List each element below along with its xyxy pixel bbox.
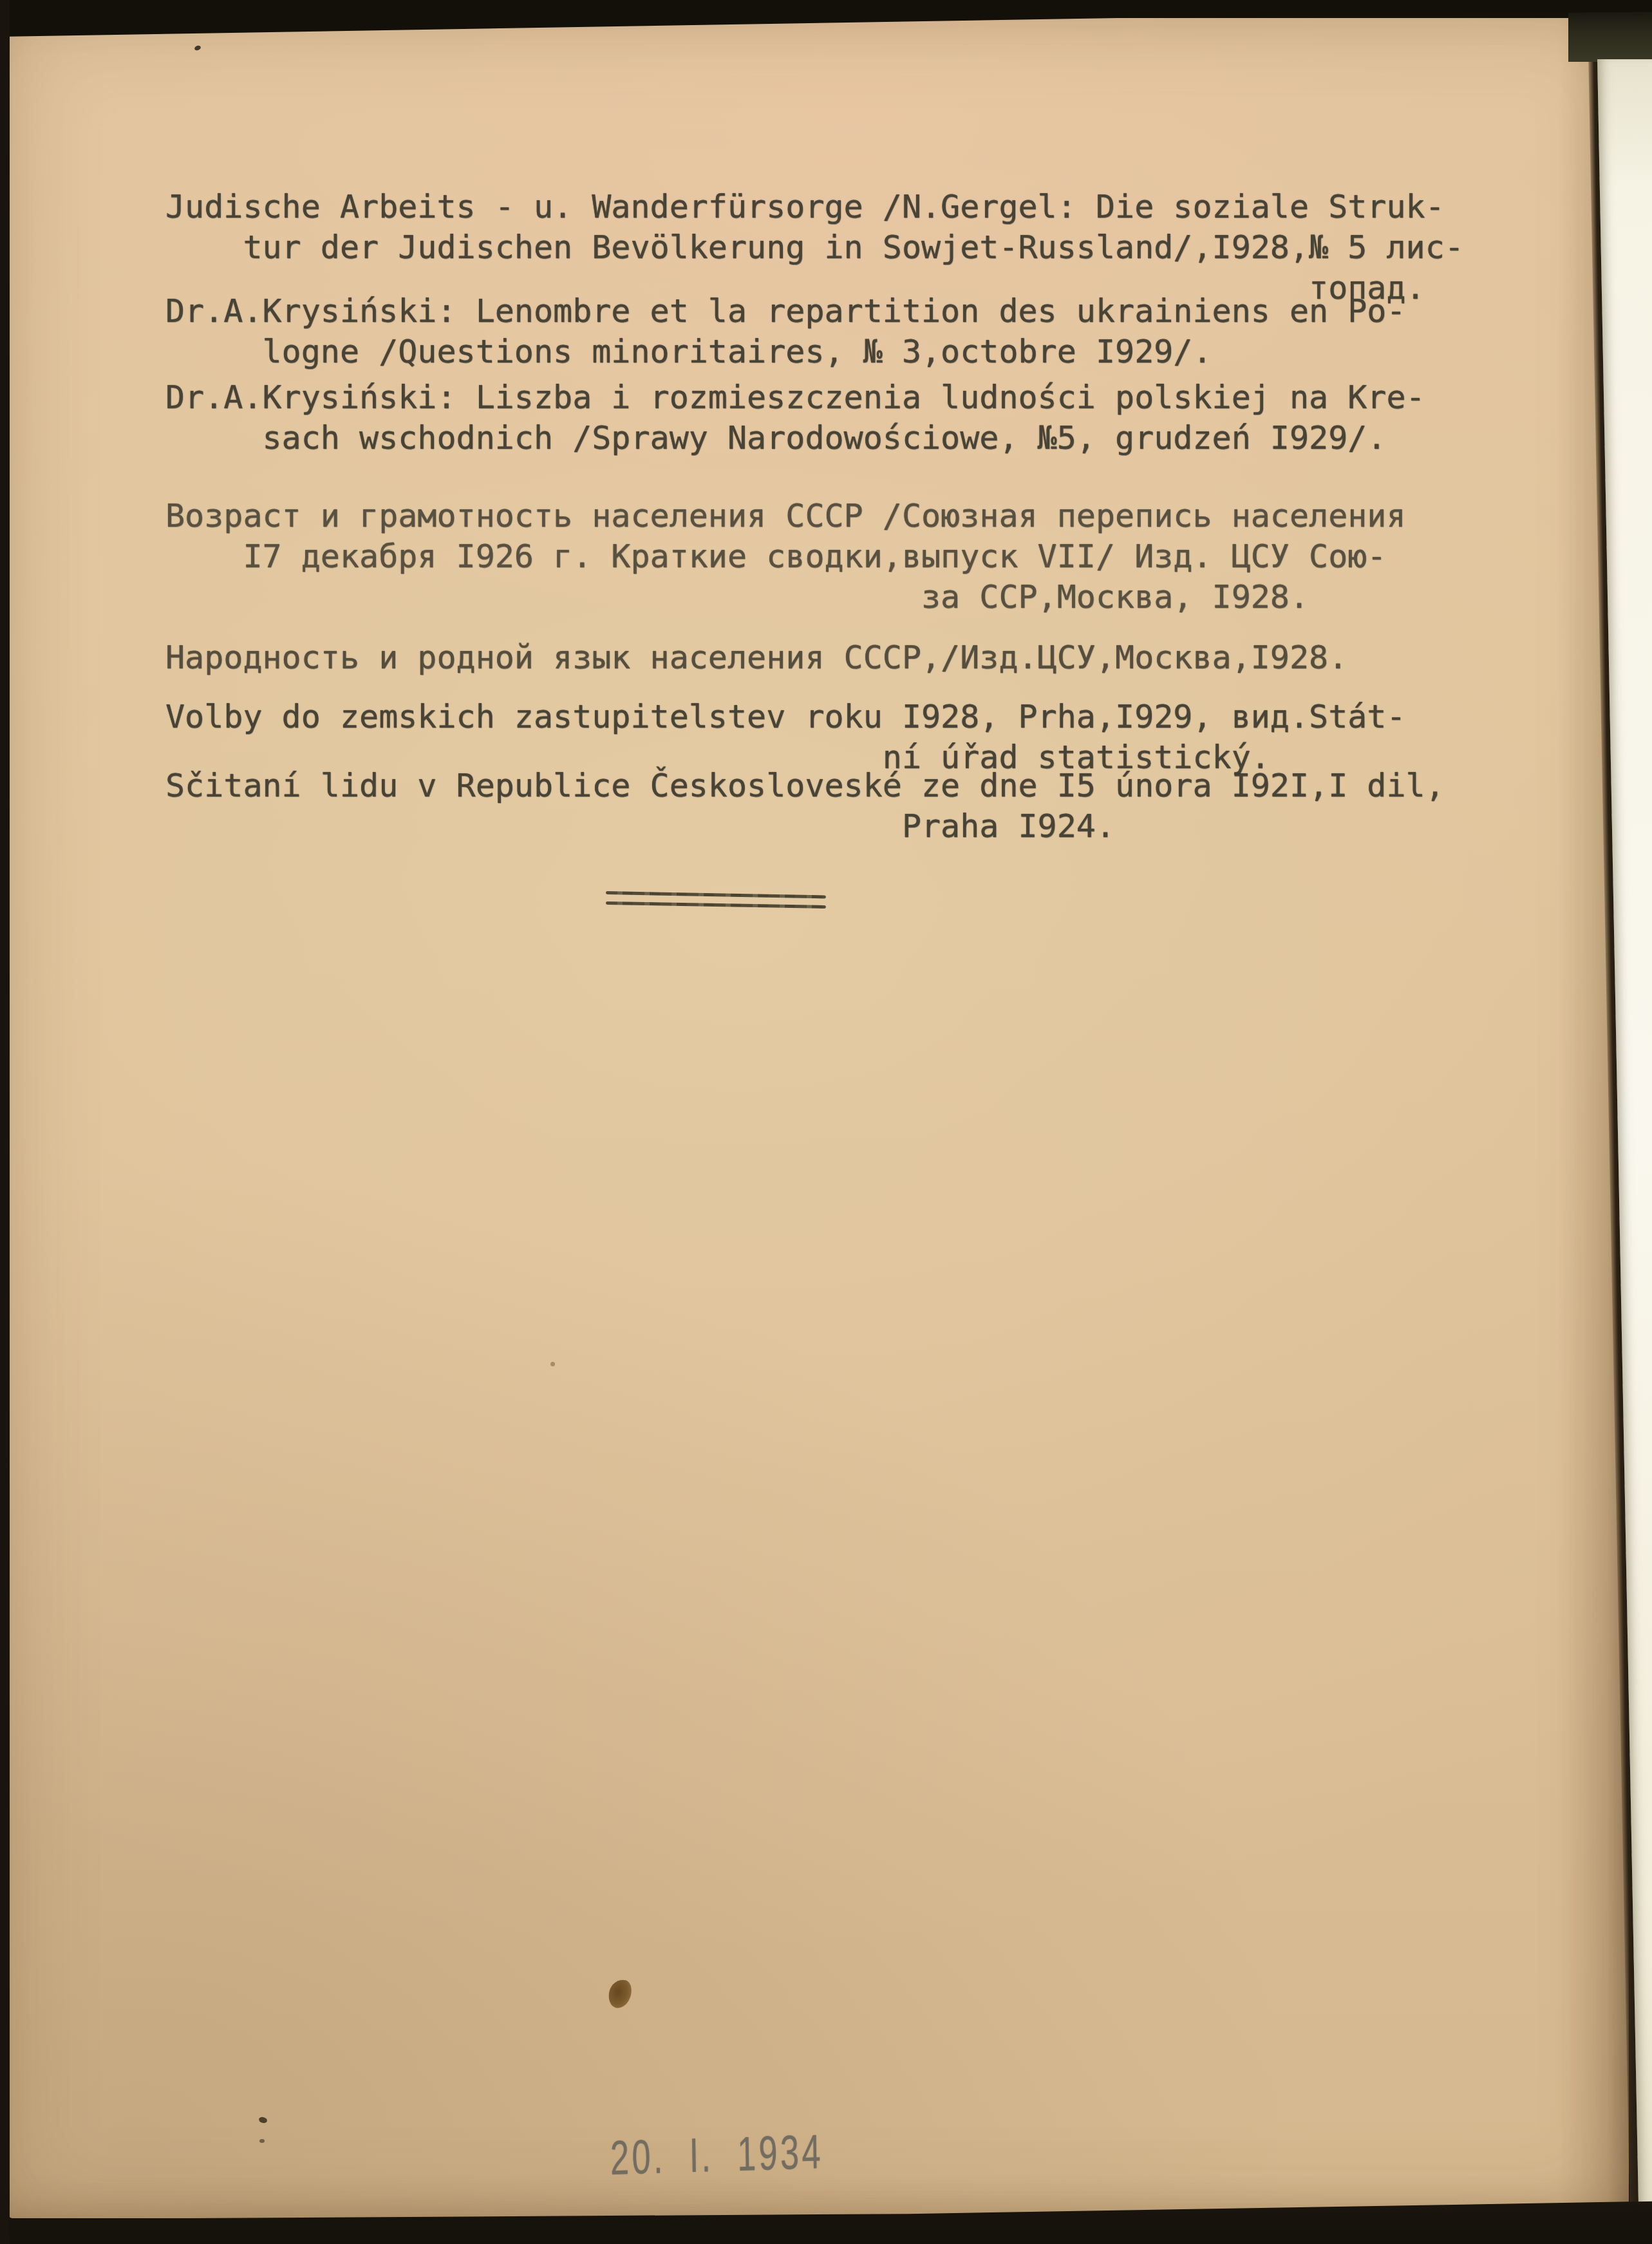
ink-smudge	[606, 1977, 634, 2010]
scan-border-left	[0, 0, 10, 2244]
separator-double-rule-top	[606, 891, 826, 899]
bibliography-entry-2: Dr.A.Krysiński: Lenombre et la repartiti…	[165, 291, 1406, 372]
bibliography-entry-4: Возраст и грамотность населения СССР /Со…	[165, 496, 1406, 618]
bibliography-entry-5: Народность и родной язык населения СССР,…	[165, 637, 1347, 678]
book-page: Judische Arbeits - u. Wanderfürsorge /N.…	[9, 18, 1629, 2218]
bibliography-entry-1: Judische Arbeits - u. Wanderfürsorge /N.…	[165, 187, 1464, 308]
ink-speck	[258, 2116, 268, 2124]
ink-speck	[550, 1362, 555, 1366]
bibliography-entry-3: Dr.A.Krysiński: Liszba i rozmieszczenia …	[165, 377, 1425, 458]
date-stamp: 20. I. 1934	[610, 2127, 823, 2182]
ink-speck	[259, 2139, 265, 2143]
ink-speck	[194, 45, 202, 52]
bibliography-entry-7: Sčitaní lidu v Republice Českosloveské z…	[165, 766, 1445, 847]
separator-double-rule-bottom	[606, 901, 826, 909]
